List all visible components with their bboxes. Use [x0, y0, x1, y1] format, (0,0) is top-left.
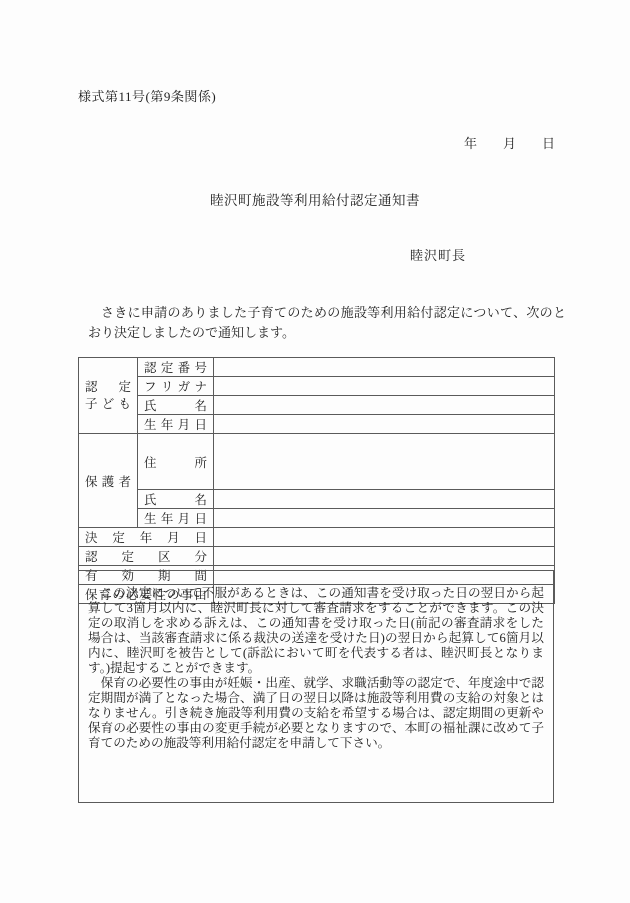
- table-row: 氏名: [79, 490, 555, 509]
- row-label-child-birthdate: 生年月日: [138, 415, 214, 434]
- child-group-label-line1: 認定: [85, 379, 131, 396]
- form-number: 様式第11号(第9条関係): [78, 86, 216, 105]
- intro-paragraph: さきに申請のありました子育てのための施設等利用給付認定について、次のとおり決定し…: [88, 303, 566, 343]
- value-cell-address: [214, 434, 555, 490]
- row-label-certification-category: 認定区分: [79, 547, 214, 566]
- row-label-certification-number: 認定番号: [138, 358, 214, 377]
- notes-box: この決定について不服があるときは、この通知書を受け取った日の翌日から起算して3箇…: [78, 570, 554, 803]
- notes-paragraph-1: この決定について不服があるときは、この通知書を受け取った日の翌日から起算して3箇…: [88, 586, 544, 676]
- issuer-name: 睦沢町長: [410, 245, 466, 264]
- value-cell-furigana: [214, 377, 555, 396]
- certification-table: 認定 子ども 認定番号 フリガナ 氏名 生年月日: [78, 357, 555, 604]
- guardian-group-label: 保護者: [85, 472, 131, 490]
- table-row: 生年月日: [79, 509, 555, 528]
- value-cell-guardian-birthdate: [214, 509, 555, 528]
- row-label-decision-date: 決定年月日: [79, 528, 214, 547]
- row-label-guardian-name: 氏名: [138, 490, 214, 509]
- table-row: 生年月日: [79, 415, 555, 434]
- table-row: 保護者 住所: [79, 434, 555, 490]
- table-row: 決定年月日: [79, 528, 555, 547]
- table-row: フリガナ: [79, 377, 555, 396]
- table-row: 認定区分: [79, 547, 555, 566]
- value-cell-certification-category: [214, 547, 555, 566]
- row-label-furigana: フリガナ: [138, 377, 214, 396]
- child-group-header: 認定 子ども: [79, 358, 138, 434]
- child-group-label-line2: 子ども: [85, 396, 131, 413]
- document-title: 睦沢町施設等利用給付認定通知書: [0, 189, 630, 209]
- table-row: 氏名: [79, 396, 555, 415]
- row-label-child-name: 氏名: [138, 396, 214, 415]
- row-label-guardian-birthdate: 生年月日: [138, 509, 214, 528]
- value-cell-child-birthdate: [214, 415, 555, 434]
- document-page: 様式第11号(第9条関係) 年 月 日 睦沢町施設等利用給付認定通知書 睦沢町長…: [0, 0, 630, 903]
- value-cell-guardian-name: [214, 490, 555, 509]
- row-label-address: 住所: [138, 434, 214, 490]
- date-line: 年 月 日: [0, 133, 555, 152]
- notes-paragraph-2: 保育の必要性の事由が妊娠・出産、就学、求職活動等の認定で、年度途中で認定期間が満…: [88, 676, 544, 751]
- value-cell-child-name: [214, 396, 555, 415]
- value-cell-certification-number: [214, 358, 555, 377]
- table-row: 認定 子ども 認定番号: [79, 358, 555, 377]
- guardian-group-header: 保護者: [79, 434, 138, 528]
- value-cell-decision-date: [214, 528, 555, 547]
